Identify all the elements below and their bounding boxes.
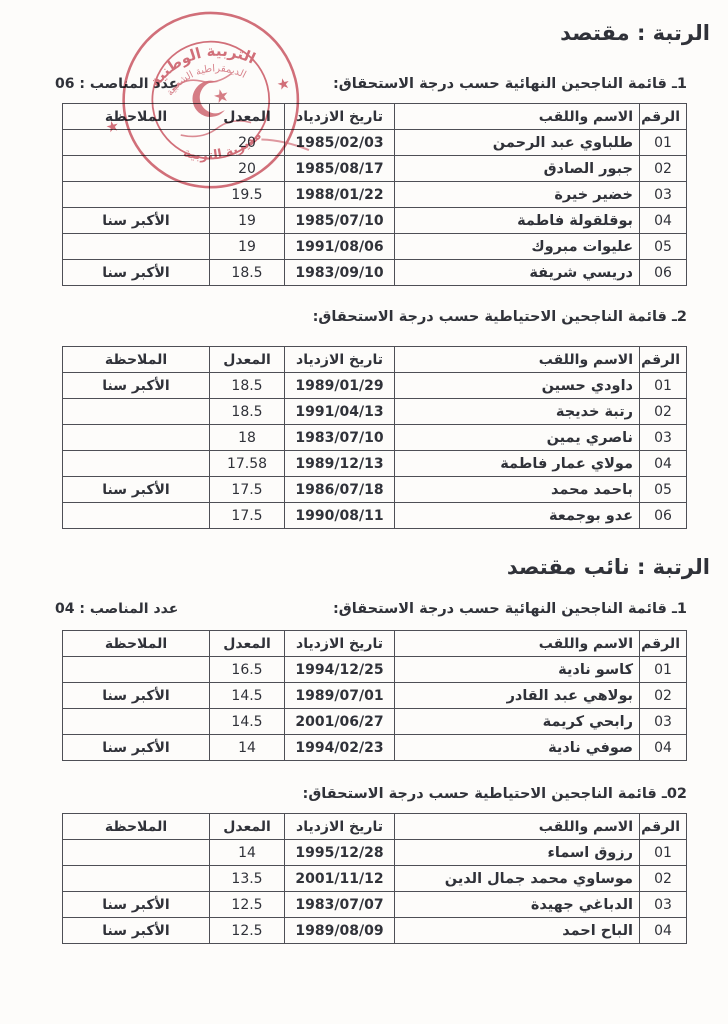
table-row: 05باحمد محمد1986/07/1817.5الأكبر سنا [63,477,687,503]
table-cell: الأكبر سنا [63,892,210,918]
table-row: 01رزوق اسماء1995/12/2814 [63,840,687,866]
column-header: الملاحظة [63,347,210,373]
table-cell: الأكبر سنا [63,477,210,503]
table-cell: 20 [210,156,285,182]
table-cell: 17.5 [210,477,285,503]
table-cell [63,866,210,892]
table-row: 01طلباوي عبد الرحمن1985/02/0320 [63,130,687,156]
table-header-row: الرقمالاسم واللقبتاريخ الازديادالمعدلالم… [63,347,687,373]
column-header: الملاحظة [63,104,210,130]
table-cell: 03 [640,425,687,451]
table-cell: 13.5 [210,866,285,892]
table-cell: 2001/06/27 [285,709,395,735]
column-header: تاريخ الازدياد [285,631,395,657]
table-cell: 19.5 [210,182,285,208]
column-header: المعدل [210,631,285,657]
table-cell: 1985/02/03 [285,130,395,156]
table-row: 03رابحي كريمة2001/06/2714.5 [63,709,687,735]
table-cell: 2001/11/12 [285,866,395,892]
table-cell [63,182,210,208]
table-row: 01داودي حسين1989/01/2918.5الأكبر سنا [63,373,687,399]
table-header-row: الرقمالاسم واللقبتاريخ الازديادالمعدلالم… [63,814,687,840]
table-cell: 04 [640,208,687,234]
table-row: 03الدباغي جهيدة1983/07/0712.5الأكبر سنا [63,892,687,918]
table-cell: 1983/07/07 [285,892,395,918]
final-list-header-row-1: 1ـ قائمة الناجحين النهائية حسب درجة الاس… [55,70,687,92]
reserve-list-header-row-2: 02ـ قائمة الناجحين الاحتياطية حسب درجة ا… [55,780,687,802]
column-header: الاسم واللقب [395,814,640,840]
table-cell: 04 [640,735,687,761]
table-cell [63,657,210,683]
column-header: الرقم [640,104,687,130]
table-cell: 1994/12/25 [285,657,395,683]
table-cell: 17.58 [210,451,285,477]
table-cell: 14 [210,840,285,866]
reserve-list-table-muqtasid: الرقمالاسم واللقبتاريخ الازديادالمعدلالم… [62,346,687,529]
column-header: الاسم واللقب [395,104,640,130]
table-cell: عليوات مبروك [395,234,640,260]
table-cell: 05 [640,234,687,260]
column-header: تاريخ الازدياد [285,347,395,373]
reserve-list-table-deputy: الرقمالاسم واللقبتاريخ الازديادالمعدلالم… [62,813,687,944]
column-header: الاسم واللقب [395,631,640,657]
table-cell: 1988/01/22 [285,182,395,208]
table-cell: 1995/12/28 [285,840,395,866]
table-row: 01كاسو نادية1994/12/2516.5 [63,657,687,683]
table-row: 02بولاهي عبد القادر1989/07/0114.5الأكبر … [63,683,687,709]
table-row: 04مولاي عمار فاطمة1989/12/1317.58 [63,451,687,477]
table-cell: 14 [210,735,285,761]
column-header: المعدل [210,347,285,373]
table-cell: رابحي كريمة [395,709,640,735]
table-cell: 01 [640,657,687,683]
table-cell: 17.5 [210,503,285,529]
table-cell: 04 [640,451,687,477]
table-cell: عدو بوجمعة [395,503,640,529]
column-header: الملاحظة [63,814,210,840]
column-header: الاسم واللقب [395,347,640,373]
final-list-heading: 1ـ قائمة الناجحين النهائية حسب درجة الاس… [333,76,687,92]
column-header: تاريخ الازدياد [285,104,395,130]
table-cell: كاسو نادية [395,657,640,683]
table-cell: 18.5 [210,373,285,399]
table-cell: داودي حسين [395,373,640,399]
table-cell: مولاي عمار فاطمة [395,451,640,477]
column-header: الرقم [640,347,687,373]
table-row: 02رتبة خديجة1991/04/1318.5 [63,399,687,425]
table-cell: ناصري يمين [395,425,640,451]
table-row: 02جبور الصادق1985/08/1720 [63,156,687,182]
table-cell: 05 [640,477,687,503]
table-cell: 1994/02/23 [285,735,395,761]
table-cell: 19 [210,208,285,234]
positions-count-label: عدد المناصب : 06 [55,76,178,92]
table-cell: جبور الصادق [395,156,640,182]
table-cell [63,425,210,451]
table-cell: 02 [640,156,687,182]
table-cell: 1991/04/13 [285,399,395,425]
table-cell: 1989/07/01 [285,683,395,709]
table-cell: الأكبر سنا [63,373,210,399]
table-cell: رزوق اسماء [395,840,640,866]
table-cell: 03 [640,709,687,735]
table-cell: الأكبر سنا [63,683,210,709]
column-header: المعدل [210,814,285,840]
table-cell: الأكبر سنا [63,260,210,286]
table-cell [63,451,210,477]
column-header: الرقم [640,814,687,840]
table-cell: خضير خيرة [395,182,640,208]
table-cell: 1986/07/18 [285,477,395,503]
table-cell: رتبة خديجة [395,399,640,425]
table-cell: الأكبر سنا [63,735,210,761]
table-cell: موساوي محمد جمال الدين [395,866,640,892]
rank-title-muqtasid: الرتبة : مقتصد [0,20,710,47]
table-cell: 19 [210,234,285,260]
table-cell: 1985/08/17 [285,156,395,182]
table-cell [63,234,210,260]
table-cell: 01 [640,373,687,399]
table-cell: 02 [640,399,687,425]
table-cell: دريسي شريفة [395,260,640,286]
final-list-table-muqtasid: الرقمالاسم واللقبتاريخ الازديادالمعدلالم… [62,103,687,286]
table-row: 05عليوات مبروك1991/08/0619 [63,234,687,260]
reserve-list-header-row-1: 2ـ قائمة الناجحين الاحتياطية حسب درجة ال… [55,303,687,325]
table-cell: 16.5 [210,657,285,683]
table-cell [63,130,210,156]
table-cell: صوفي نادية [395,735,640,761]
table-cell: 1983/07/10 [285,425,395,451]
table-cell: 01 [640,840,687,866]
table-cell: 14.5 [210,683,285,709]
table-cell: 04 [640,918,687,944]
table-cell: بولاهي عبد القادر [395,683,640,709]
column-header: تاريخ الازدياد [285,814,395,840]
table-cell: 03 [640,182,687,208]
table-cell: طلباوي عبد الرحمن [395,130,640,156]
table-cell [63,503,210,529]
final-list-table-deputy: الرقمالاسم واللقبتاريخ الازديادالمعدلالم… [62,630,687,761]
table-cell: 18.5 [210,399,285,425]
table-cell: الأكبر سنا [63,208,210,234]
table-cell: الباح احمد [395,918,640,944]
table-cell: 1989/01/29 [285,373,395,399]
table-cell: 1989/08/09 [285,918,395,944]
table-cell: 1991/08/06 [285,234,395,260]
table-row: 04الباح احمد1989/08/0912.5الأكبر سنا [63,918,687,944]
positions-count-label: عدد المناصب : 04 [55,601,178,617]
table-cell: 20 [210,130,285,156]
table-cell: 02 [640,683,687,709]
table-row: 02موساوي محمد جمال الدين2001/11/1213.5 [63,866,687,892]
table-cell: 06 [640,260,687,286]
table-cell [63,709,210,735]
table-cell: 01 [640,130,687,156]
table-cell: الدباغي جهيدة [395,892,640,918]
table-cell: الأكبر سنا [63,918,210,944]
table-cell: 1983/09/10 [285,260,395,286]
table-cell: 12.5 [210,918,285,944]
column-header: الملاحظة [63,631,210,657]
table-cell [63,156,210,182]
table-cell: 12.5 [210,892,285,918]
table-row: 04صوفي نادية1994/02/2314الأكبر سنا [63,735,687,761]
table-cell: 03 [640,892,687,918]
table-cell: 1989/12/13 [285,451,395,477]
table-cell: 06 [640,503,687,529]
final-list-heading: 1ـ قائمة الناجحين النهائية حسب درجة الاس… [333,601,687,617]
table-cell: 1985/07/10 [285,208,395,234]
column-header: الرقم [640,631,687,657]
table-row: 04بوقلقولة فاطمة1985/07/1019الأكبر سنا [63,208,687,234]
table-cell: باحمد محمد [395,477,640,503]
table-row: 06عدو بوجمعة1990/08/1117.5 [63,503,687,529]
table-cell: 02 [640,866,687,892]
table-cell: 1990/08/11 [285,503,395,529]
table-cell: بوقلقولة فاطمة [395,208,640,234]
final-list-header-row-2: 1ـ قائمة الناجحين النهائية حسب درجة الاس… [55,595,687,617]
table-row: 03ناصري يمين1983/07/1018 [63,425,687,451]
table-cell [63,840,210,866]
table-row: 06دريسي شريفة1983/09/1018.5الأكبر سنا [63,260,687,286]
table-header-row: الرقمالاسم واللقبتاريخ الازديادالمعدلالم… [63,104,687,130]
table-cell: 18.5 [210,260,285,286]
table-header-row: الرقمالاسم واللقبتاريخ الازديادالمعدلالم… [63,631,687,657]
table-cell [63,399,210,425]
table-cell: 14.5 [210,709,285,735]
rank-title-deputy-muqtasid: الرتبة : نائب مقتصد [0,554,710,581]
scanned-document-page: التربية الوطنية الديمقراطية الشعبية مدير… [0,0,728,1024]
reserve-list-heading: 2ـ قائمة الناجحين الاحتياطية حسب درجة ال… [313,309,687,325]
table-cell: 18 [210,425,285,451]
column-header: المعدل [210,104,285,130]
table-row: 03خضير خيرة1988/01/2219.5 [63,182,687,208]
reserve-list-heading: 02ـ قائمة الناجحين الاحتياطية حسب درجة ا… [303,786,687,802]
